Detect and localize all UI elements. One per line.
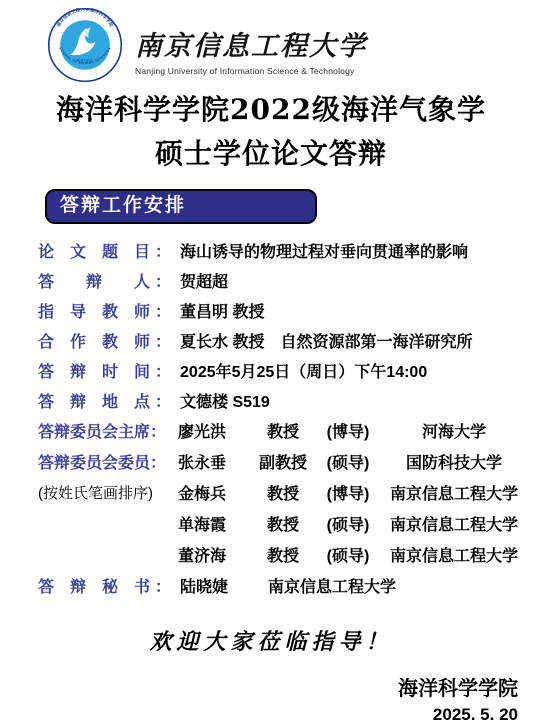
defense-announcement-poster: 南京信息工程大学海洋科学学院 SCHOOL OF MARINE SCIENCES… — [0, 0, 542, 725]
member-university: 南京信息工程大学 — [378, 481, 530, 504]
info-value: 夏长水 教授 自然资源部第一海洋研究所 — [180, 329, 472, 352]
member-title: 教授 — [248, 543, 318, 566]
footer: 海洋科学学院 2025. 5. 20 — [0, 676, 542, 725]
committee-chair-label: 答辩委员会主席： — [38, 419, 172, 442]
university-brand: 南京信息工程大学 Nanjing University of Informati… — [135, 24, 367, 76]
member-degree: (硕导) — [318, 543, 378, 566]
info-label: 答辩地点 — [38, 389, 150, 412]
member-degree: (博导) — [318, 419, 378, 442]
member-title: 教授 — [248, 419, 318, 442]
committee-member-row: 答辩委员会委员： 张永垂 副教授 (硕导) 国防科技大学 — [38, 446, 542, 477]
info-row-time: 答辩时间：2025年5月25日（周日）下午14:00 — [38, 355, 542, 385]
info-label: 指导教师 — [38, 299, 150, 322]
university-name-en: Nanjing University of Information Scienc… — [135, 66, 367, 76]
header: 南京信息工程大学海洋科学学院 SCHOOL OF MARINE SCIENCES… — [0, 0, 542, 82]
footer-signature: 海洋科学学院 — [0, 676, 518, 703]
info-label: 合作教师 — [38, 329, 150, 352]
info-colon: ： — [155, 359, 171, 382]
info-value: 文德楼 S519 — [180, 389, 270, 412]
committee-section: 答辩委员会主席： 廖光洪 教授 (博导) 河海大学 答辩委员会委员： 张永垂 副… — [38, 415, 542, 570]
footer-date: 2025. 5. 20 — [0, 703, 518, 725]
member-title: 教授 — [248, 512, 318, 535]
info-label: 答辩时间 — [38, 359, 150, 382]
info-colon: ： — [155, 574, 171, 597]
member-degree: (硕导) — [318, 512, 378, 535]
committee-member-label: 答辩委员会委员： — [38, 450, 172, 473]
info-colon: ： — [155, 389, 171, 412]
info-value: 贺超超 — [180, 269, 228, 292]
info-colon: ： — [155, 239, 171, 262]
member-name: 董济海 — [178, 543, 248, 566]
poster-title-line1: 海洋科学学院2022级海洋气象学 — [0, 88, 542, 132]
member-name: 廖光洪 — [178, 419, 248, 442]
member-title: 副教授 — [248, 450, 318, 473]
info-colon: ： — [155, 329, 171, 352]
secretary-label: 答辩秘书 — [38, 574, 150, 597]
committee-member-row: 单海霞 教授 (硕导) 南京信息工程大学 — [38, 508, 542, 539]
member-university: 国防科技大学 — [378, 450, 530, 473]
info-colon: ： — [155, 299, 171, 322]
welcome-message: 欢迎大家莅临指导！ — [0, 625, 542, 656]
info-value: 2025年5月25日（周日）下午14:00 — [180, 359, 427, 382]
member-university: 南京信息工程大学 — [378, 512, 530, 535]
info-row-advisor: 指导教师：董昌明 教授 — [38, 295, 542, 325]
member-name: 单海霞 — [178, 512, 248, 535]
info-row-co-advisor: 合作教师：夏长水 教授 自然资源部第一海洋研究所 — [38, 325, 542, 355]
defense-info-section: 论文题目：海山诱导的物理过程对垂向贯通率的影响 答辩人：贺超超 指导教师：董昌明… — [38, 235, 542, 415]
info-row-thesis-title: 论文题目：海山诱导的物理过程对垂向贯通率的影响 — [38, 235, 542, 265]
section-banner: 答辩工作安排 — [45, 189, 317, 224]
member-university: 南京信息工程大学 — [378, 543, 530, 566]
school-of-marine-sciences-logo-icon: 南京信息工程大学海洋科学学院 SCHOOL OF MARINE SCIENCES… — [48, 8, 122, 82]
member-name: 金梅兵 — [178, 481, 248, 504]
secretary-university: 南京信息工程大学 — [268, 574, 396, 597]
secretary-row: 答辩秘书：陆晓婕南京信息工程大学 — [38, 570, 542, 601]
logo-nuist-text: NUIST — [77, 58, 93, 62]
member-title: 教授 — [248, 481, 318, 504]
university-name-cn: 南京信息工程大学 — [135, 24, 367, 63]
member-university: 河海大学 — [378, 419, 530, 442]
poster-title: 海洋科学学院2022级海洋气象学 硕士学位论文答辩 — [0, 88, 542, 176]
member-degree: (硕导) — [318, 450, 378, 473]
info-label: 答辩人 — [38, 269, 150, 292]
info-value: 海山诱导的物理过程对垂向贯通率的影响 — [180, 239, 468, 262]
secretary-name: 陆晓婕 — [180, 574, 268, 597]
committee-member-row: (按姓氏笔画排序) 金梅兵 教授 (博导) 南京信息工程大学 — [38, 477, 542, 508]
info-row-location: 答辩地点：文德楼 S519 — [38, 385, 542, 415]
info-label: 论文题目 — [38, 239, 150, 262]
info-value: 董昌明 教授 — [180, 299, 264, 322]
committee-member-row: 董济海 教授 (硕导) 南京信息工程大学 — [38, 539, 542, 570]
info-row-defender: 答辩人：贺超超 — [38, 265, 542, 295]
sort-order-note: (按姓氏笔画排序) — [38, 482, 172, 503]
logo-svg: 南京信息工程大学海洋科学学院 SCHOOL OF MARINE SCIENCES… — [48, 8, 122, 82]
member-degree: (博导) — [318, 481, 378, 504]
committee-chair-row: 答辩委员会主席： 廖光洪 教授 (博导) 河海大学 — [38, 415, 542, 446]
member-name: 张永垂 — [178, 450, 248, 473]
info-colon: ： — [155, 269, 171, 292]
poster-title-line2: 硕士学位论文答辩 — [0, 132, 542, 176]
